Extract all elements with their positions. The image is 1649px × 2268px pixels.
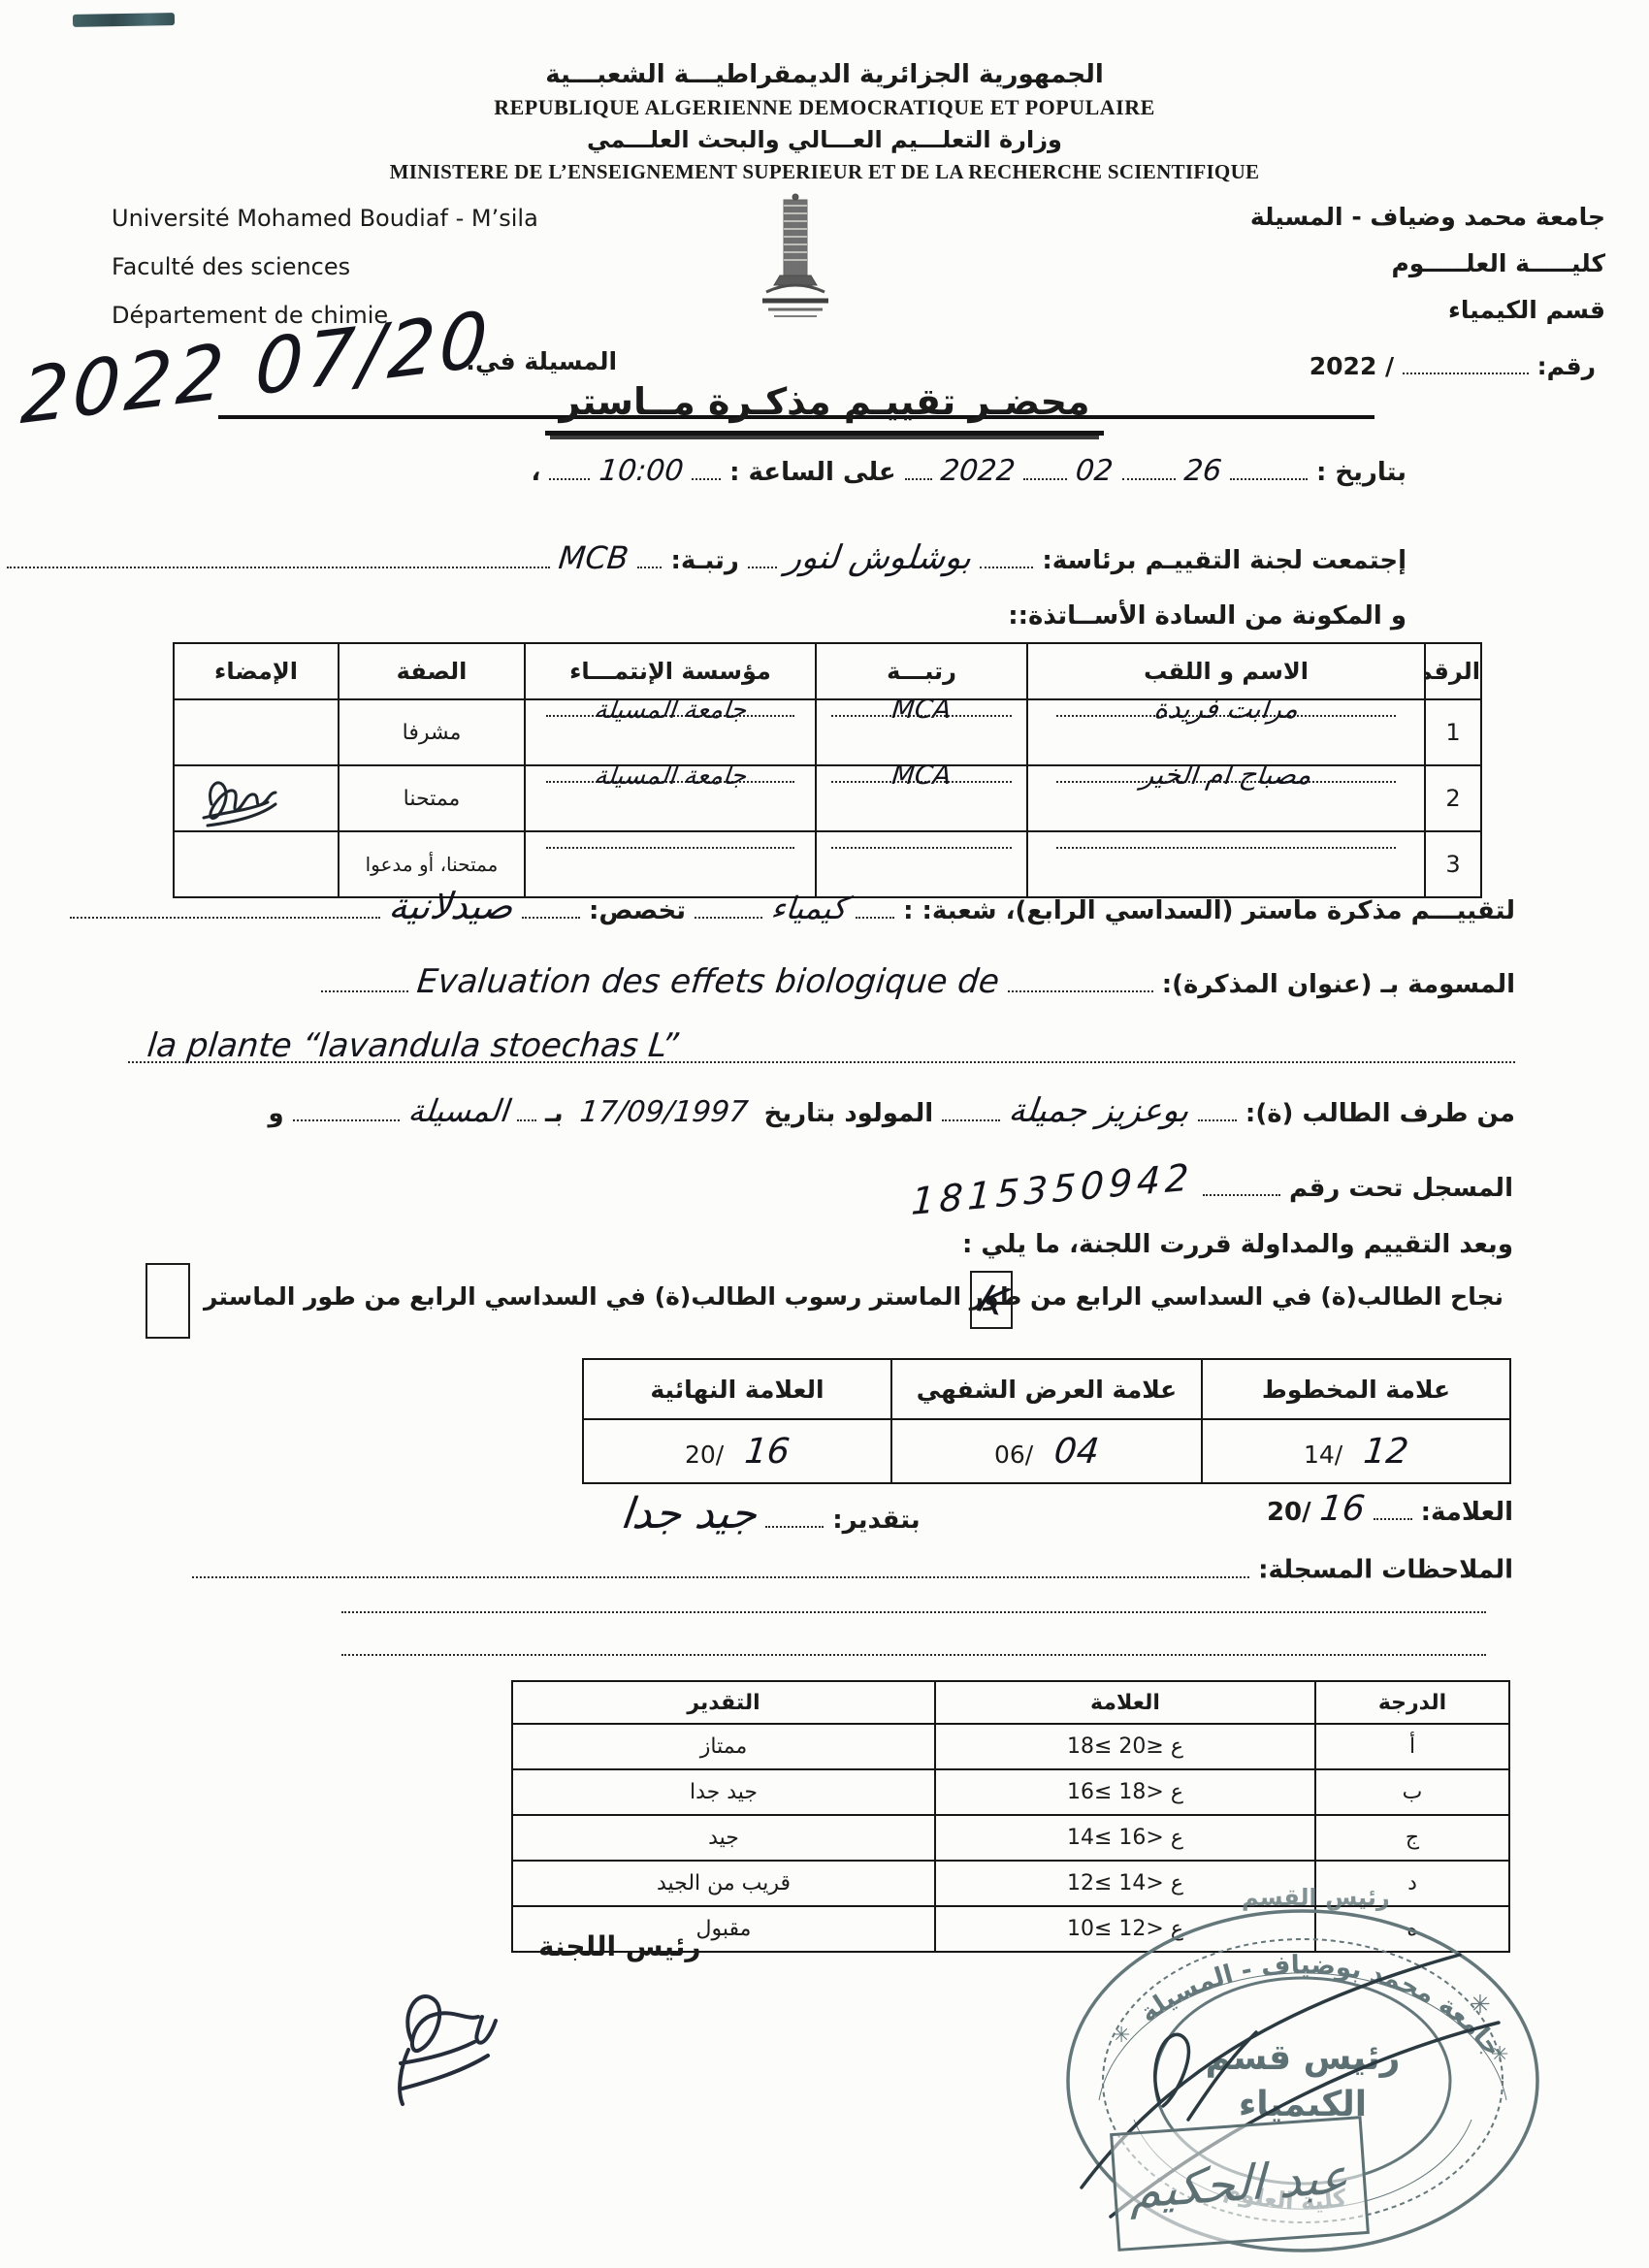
- appreciation-hw: جيد جدا: [618, 1489, 759, 1539]
- chair-signature: [373, 1974, 538, 2139]
- scale-range: 18≤ ع ≤20: [935, 1724, 1315, 1769]
- col-rank: رتبـــة: [816, 643, 1027, 699]
- registered-label: المسجل تحت رقم: [1289, 1174, 1513, 1203]
- member-signature-cell: [174, 699, 339, 765]
- evaluation-lead-line: لتقييـــم مذكرة ماستر (السداسي الرابع)، …: [70, 885, 1515, 927]
- dots: [1122, 456, 1176, 480]
- scale-appraisal: جيد: [512, 1815, 935, 1861]
- name-stamp: عبد الحكيم: [1110, 2116, 1370, 2252]
- dots: [192, 1554, 1249, 1578]
- member-name-hw: مصباح أم الخير: [1027, 765, 1425, 791]
- scale-row: أ 18≤ ع ≤20 ممتاز: [512, 1724, 1509, 1769]
- dots: [1198, 1097, 1237, 1121]
- final-grade-printed: 20/: [685, 1441, 724, 1469]
- fail-option-label: رسوب الطالب(ة) في السداسي الرابع من طور …: [204, 1282, 951, 1311]
- dots: [70, 894, 380, 919]
- scale-range: 16≤ ع <18: [935, 1769, 1315, 1815]
- dots: [341, 1641, 1486, 1656]
- scale-score-header: العلامة: [935, 1681, 1315, 1724]
- examiner-signature-cell: [174, 765, 339, 831]
- final-grade-label: العلامة:: [1421, 1498, 1513, 1527]
- university-name-ar: جامعة محمد وضياف - المسيلة: [1250, 194, 1605, 241]
- scale-header-row: الدرجة العلامة التقدير: [512, 1681, 1509, 1724]
- dots: [692, 456, 721, 480]
- post-evaluation-line: وبعد التقييم والمداولة قررت اللجنة، ما ي…: [962, 1230, 1513, 1259]
- scale-grade-header: الدرجة: [1315, 1681, 1509, 1724]
- dots: [549, 456, 590, 480]
- composed-of-line: و المكونة من السادة الأســاتذة::: [1008, 601, 1406, 631]
- chaired-by-label: إجتمعت لجنة التقييـم برئاسة:: [1042, 546, 1406, 575]
- scale-range: 14≤ ع <16: [935, 1815, 1315, 1861]
- pass-option-label: نجاح الطالب(ة) في السداسي الرابع من طور …: [870, 1282, 1503, 1311]
- stamp-star-icon: ✳: [1113, 2024, 1130, 2048]
- dots: [905, 456, 932, 480]
- member-name-hw: مرابت فريدة: [1027, 699, 1425, 725]
- dots: [1008, 968, 1153, 992]
- fail-checkbox: [145, 1263, 190, 1339]
- specialty-label: تخصص:: [589, 896, 686, 925]
- dots: [7, 544, 550, 568]
- republic-fr-line: REPUBLIQUE ALGERIENNE DEMOCRATIQUE ET PO…: [0, 95, 1649, 120]
- member-institution-hw: جامعة المسيلة: [525, 699, 816, 725]
- dots: [748, 544, 777, 568]
- remarks-dotted-line: [341, 1599, 1486, 1616]
- stamp-star-icon: ✳: [1491, 2043, 1508, 2067]
- dots: [1023, 456, 1067, 480]
- student-name-hw: بوعزيز جميلة: [1007, 1091, 1191, 1130]
- dots: [856, 894, 894, 919]
- born-label: المولود بتاريخ: [764, 1099, 933, 1128]
- committee-table: الرقم الاسم و اللقب رتبـــة مؤسسة الإنتم…: [173, 642, 1482, 898]
- date-month-hw: 02: [1074, 454, 1115, 488]
- final-grade-cell: 20/ 16: [583, 1419, 891, 1483]
- member-num: 1: [1425, 699, 1481, 765]
- department-name-ar: قسم الكيمياء: [1250, 287, 1605, 334]
- manuscript-grade-header: علامة المخطوط: [1202, 1359, 1510, 1419]
- doc-number-dots: [1403, 351, 1529, 374]
- remarks-dotted-line: [341, 1641, 1486, 1659]
- grades-header-row: علامة المخطوط علامة العرض الشفهي العلامة…: [583, 1359, 1510, 1419]
- remarks-label: الملاحظات المسجلة:: [1258, 1556, 1513, 1585]
- col-institution: مؤسسة الإنتمـــاء: [525, 643, 816, 699]
- branch-hw: كيمياء: [769, 890, 849, 926]
- dots: [942, 1097, 1000, 1121]
- thesis-title-hw-2: la plante “lavandula stoechas L”: [145, 1026, 680, 1065]
- institution-block-ar: جامعة محمد وضياف - المسيلة كليـــــة الع…: [1250, 194, 1605, 334]
- examiner-signature: [182, 767, 338, 829]
- time-label: على الساعة :: [729, 458, 896, 487]
- doc-number-year: 2022 /: [1309, 352, 1394, 380]
- member-rank-hw: MCA: [816, 699, 1027, 725]
- final-grade-line: العلامة: 16 20/: [1267, 1489, 1513, 1529]
- dots: [1203, 1172, 1280, 1196]
- dots: [1374, 1496, 1412, 1520]
- dots: [293, 1097, 400, 1121]
- student-line: من طرف الطالب (ة): بوعزيز جميلة المولود …: [268, 1091, 1515, 1130]
- dots: [546, 831, 794, 849]
- scan-artifact: [73, 13, 175, 27]
- dots: [1056, 831, 1397, 849]
- dots: [1230, 456, 1308, 480]
- committee-row-1: 1 مرابت فريدة MCA جامعة المسيلة مشرفا: [174, 699, 1481, 765]
- faculty-name-ar: كليـــــة العلـــــوم: [1250, 241, 1605, 287]
- scanned-document-page: الجمهورية الجزائرية الديمقراطيـــة الشعب…: [0, 0, 1649, 2268]
- col-num: الرقم: [1425, 643, 1481, 699]
- grades-value-row: 14/ 12 06/ 04 20/ 16: [583, 1419, 1510, 1483]
- dots: [637, 544, 662, 568]
- ministry-fr-line: MINISTERE DE L’ENSEIGNEMENT SUPERIEUR ET…: [0, 160, 1649, 184]
- scale-appraisal: جيد جدا: [512, 1769, 935, 1815]
- dots: [695, 894, 762, 919]
- by-student-label: من طرف الطالب (ة):: [1245, 1099, 1515, 1128]
- specialty-hw: صيدلانية: [387, 885, 515, 927]
- final-grade-printed: 20/: [1267, 1498, 1311, 1527]
- remarks-line: الملاحظات المسجلة:: [192, 1554, 1513, 1585]
- member-role: مشرفا: [339, 699, 525, 765]
- scale-appraisal: ممتاز: [512, 1724, 935, 1769]
- scale-grade: ج: [1315, 1815, 1509, 1861]
- faculty-name-fr: Faculté des sciences: [112, 243, 538, 291]
- comma: ،: [531, 458, 540, 487]
- doc-number: رقم: 2022 /: [1309, 351, 1596, 380]
- appreciation-line: بتقدير: جيد جدا: [621, 1489, 921, 1539]
- manuscript-grade-hw: 12: [1362, 1432, 1410, 1472]
- col-signature: الإمضاء: [174, 643, 339, 699]
- stamp-star-icon: ✳: [1470, 1991, 1491, 2020]
- scale-row: ب 16≤ ع <18 جيد جدا: [512, 1769, 1509, 1815]
- oral-grade-printed: 06/: [994, 1441, 1033, 1469]
- manuscript-grade-cell: 14/ 12: [1202, 1419, 1510, 1483]
- grades-table: علامة المخطوط علامة العرض الشفهي العلامة…: [582, 1358, 1511, 1484]
- date-day-hw: 26: [1182, 454, 1223, 488]
- university-name-fr: Université Mohamed Boudiaf - M’sila: [112, 194, 538, 243]
- ministry-ar-line: وزارة التعلـــيم العـــالي والبحث العلــ…: [0, 126, 1649, 153]
- oral-grade-cell: 06/ 04: [891, 1419, 1202, 1483]
- doc-number-label: رقم:: [1537, 352, 1596, 380]
- scale-appraisal: قريب من الجيد: [512, 1861, 935, 1906]
- meeting-date-line: بتاريخ : 26 02 2022 على الساعة : 10:00 ،: [531, 454, 1406, 488]
- committee-chaired-line: إجتمعت لجنة التقييـم برئاسة: بوشلوش لنور…: [7, 538, 1406, 577]
- thesis-titled-label: المسومة بـ (عنوان المذكرة):: [1162, 970, 1515, 999]
- registration-number-hw: 1815350942: [910, 1155, 1194, 1223]
- scale-grade: ب: [1315, 1769, 1509, 1815]
- dots: [321, 968, 408, 992]
- scale-appraisal-header: التقدير: [512, 1681, 935, 1724]
- name-stamp-text: عبد الحكيم: [1130, 2148, 1349, 2219]
- final-grade-header: العلامة النهائية: [583, 1359, 891, 1419]
- and-label: و: [268, 1099, 283, 1128]
- dots: [765, 1504, 824, 1528]
- at-label: بـ: [545, 1099, 564, 1128]
- republic-ar-line: الجمهورية الجزائرية الديمقراطيـــة الشعب…: [0, 60, 1649, 89]
- date-label: بتاريخ :: [1316, 458, 1406, 487]
- dots: [522, 894, 580, 919]
- member-institution-hw: جامعة المسيلة: [525, 765, 816, 791]
- manuscript-grade-printed: 14/: [1304, 1441, 1342, 1469]
- committee-chair-label: رئيس اللجنة: [538, 1930, 701, 1962]
- thesis-title-line-2: la plante “lavandula stoechas L”: [128, 1017, 1515, 1067]
- member-rank-hw: MCA: [816, 765, 1027, 791]
- thesis-title-hw-1: Evaluation des effets biologique de: [415, 962, 1001, 1001]
- president-name-hw: بوشلوش لنور: [784, 538, 973, 577]
- birthplace-hw: المسيلة: [406, 1092, 510, 1129]
- col-role: الصفة: [339, 643, 525, 699]
- registration-line: المسجل تحت رقم 1815350942: [911, 1162, 1513, 1205]
- final-grade-hw: 16: [743, 1432, 792, 1472]
- scale-row: ج 14≤ ع <16 جيد: [512, 1815, 1509, 1861]
- col-name: الاسم و اللقب: [1027, 643, 1425, 699]
- member-role: ممتحنا: [339, 765, 525, 831]
- dots: [831, 831, 1012, 849]
- final-grade-value-hw: 16: [1318, 1489, 1367, 1529]
- rank-label: رتبـة:: [670, 546, 738, 575]
- committee-row-2: 2 مصباح أم الخير MCA جامعة المسيلة ممتحن…: [174, 765, 1481, 831]
- president-rank-hw: MCB: [557, 539, 630, 576]
- evaluation-lead-label: لتقييـــم مذكرة ماستر (السداسي الرابع)، …: [903, 896, 1515, 925]
- dots: [517, 1097, 536, 1121]
- appreciation-label: بتقدير:: [832, 1506, 920, 1535]
- scale-grade: أ: [1315, 1724, 1509, 1769]
- oral-grade-hw: 04: [1052, 1432, 1101, 1472]
- doc-title: محضـر تقييـم مذكـرة مــاستر: [545, 380, 1103, 436]
- oral-grade-header: علامة العرض الشفهي: [891, 1359, 1202, 1419]
- date-year-hw: 2022: [939, 454, 1017, 488]
- pass-check-mark: K: [972, 1277, 1013, 1324]
- time-hw: 10:00: [598, 454, 685, 488]
- pass-checkbox: K: [970, 1271, 1013, 1329]
- committee-table-header-row: الرقم الاسم و اللقب رتبـــة مؤسسة الإنتم…: [174, 643, 1481, 699]
- thesis-title-line-1: المسومة بـ (عنوان المذكرة): Evaluation d…: [321, 962, 1515, 1001]
- dots: [980, 544, 1033, 568]
- university-logo: [737, 192, 854, 323]
- member-num: 2: [1425, 765, 1481, 831]
- birthdate-hw: 17/09/1997: [578, 1095, 750, 1129]
- dots: [341, 1599, 1486, 1613]
